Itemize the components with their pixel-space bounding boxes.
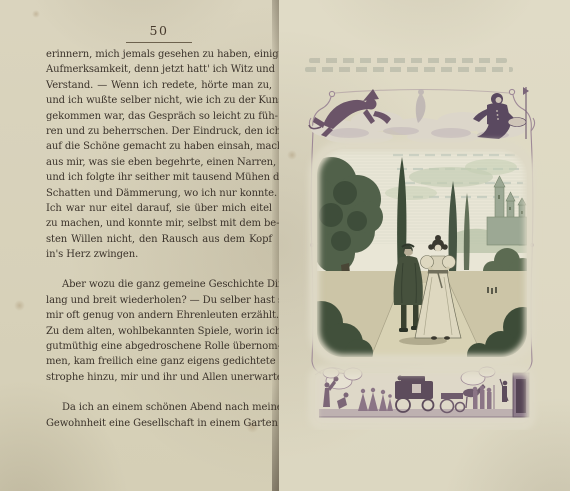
text-line: in's Herz zwingen. [46, 247, 272, 262]
foxing-spot [32, 10, 40, 18]
spirit-in-clouds [416, 89, 426, 123]
text-line: mir oft genug von andern Ehrenleuten erz… [46, 308, 272, 323]
text-line: ren und zu beherrschen. Der Eindruck, de… [46, 124, 272, 139]
text-line: und ich folgte ihr seither mit tausend M… [46, 170, 272, 185]
text-line: strophe hinzu, mir und ihr und Allen une… [46, 370, 272, 385]
paragraph: Aber wozu die ganz gemeine Geschichte Di… [46, 277, 272, 385]
text-line: gutmüthig eine abgedroschene Rolle übern… [46, 339, 272, 354]
farewell-coach-vignette [315, 367, 529, 423]
body-text: erinnern, mich jemals gesehen zu haben, … [46, 47, 272, 431]
text-line: Ich war nur eitel darauf, sie über mich … [46, 201, 272, 216]
text-line: aus mir, was sie eben begehrte, einen Na… [46, 155, 272, 170]
text-line: lang und breit wiederholen? — Du selber … [46, 293, 272, 308]
text-line: Da ich an einem schönen Abend nach meine… [46, 400, 272, 415]
right-page [279, 0, 570, 491]
text-line: auf die Schöne gemacht zu haben einsah, … [46, 139, 272, 154]
bleed-through-text [309, 58, 507, 63]
text-line: Zu dem alten, wohlbekannten Spiele, wori… [46, 324, 272, 339]
left-page: 50 erinnern, mich jemals gesehen zu habe… [0, 0, 279, 491]
text-line: Aber wozu die ganz gemeine Geschichte Di… [46, 277, 272, 292]
paragraph: erinnern, mich jemals gesehen zu haben, … [46, 47, 272, 262]
bleed-through-text [305, 67, 513, 72]
foxing-spot [14, 300, 25, 311]
background-strollers [487, 287, 497, 294]
text-line: Gewohnheit eine Gesellschaft in einem Ga… [46, 416, 272, 431]
text-line: Schatten und Dämmerung, wo ich nur konnt… [46, 186, 272, 201]
cloud [465, 159, 517, 175]
text-line: sten Willen nicht, den Rausch aus dem Ko… [46, 232, 272, 247]
garden-promenade-scene [301, 149, 543, 373]
foxing-spot [287, 150, 297, 160]
page-header: 50 [46, 20, 272, 43]
text-line: und ich wußte selber nicht, wie ich zu d… [46, 93, 272, 108]
engraved-plate [301, 75, 543, 430]
text-line: Verstand. — Wenn ich redete, hörte man z… [46, 78, 272, 93]
page-number-rule [126, 42, 192, 43]
text-line: gekommen war, das Gespräch so leicht zu … [46, 109, 272, 124]
paragraph: Da ich an einem schönen Abend nach meine… [46, 400, 272, 431]
cloud [385, 186, 437, 200]
page-number: 50 [150, 23, 169, 38]
text-line: erinnern, mich jemals gesehen zu haben, … [46, 47, 272, 62]
open-book: 50 erinnern, mich jemals gesehen zu habe… [0, 0, 570, 491]
text-line: Aufmerksamkeit, denn jetzt hatt' ich Wit… [46, 62, 272, 77]
text-line: men, kam freilich eine ganz eigens gedic… [46, 354, 272, 369]
text-line: zu machen, und konnte mir, selbst mit de… [46, 216, 272, 231]
